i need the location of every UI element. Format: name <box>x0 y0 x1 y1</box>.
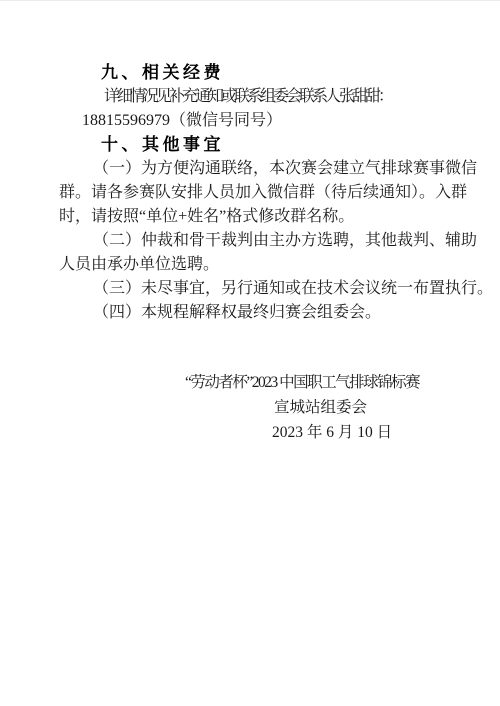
section-10-item-4-line-1: （四）本规程解释权最终归赛会组委会。 <box>59 301 473 325</box>
signature-organizer-line-1: “劳动者杯”2023 中国职工气排球锦标赛 <box>59 370 473 395</box>
signature-date: 2023 年 6 月 10 日 <box>59 420 473 445</box>
page-top-edge <box>0 0 500 1</box>
document-body: 九、相关经费 详细情况见补充通知或联系组委会联系人 张甜甜： 188155969… <box>59 61 473 325</box>
section-9-phone-line: 18815596979（微信号同号） <box>59 109 473 133</box>
section-9-heading: 九、相关经费 <box>59 61 473 85</box>
section-10-heading: 十、其他事宜 <box>59 133 473 157</box>
signature-organizer-line-2: 宣城站组委会 <box>59 395 473 420</box>
section-10-item-1-line-2: 群。请各参赛队安排人员加入微信群（待后续通知）。入群 <box>59 181 473 205</box>
section-10-item-1-line-1: （一）为方便沟通联络，本次赛会建立气排球赛事微信 <box>59 157 473 181</box>
section-10-item-2-line-1: （二）仲裁和骨干裁判由主办方选聘，其他裁判、辅助 <box>59 229 473 253</box>
section-10-item-1-line-3: 时，请按照“单位+姓名”格式修改群名称。 <box>59 205 473 229</box>
document-page: 九、相关经费 详细情况见补充通知或联系组委会联系人 张甜甜： 188155969… <box>0 0 500 706</box>
signature-block: “劳动者杯”2023 中国职工气排球锦标赛 宣城站组委会 2023 年 6 月 … <box>59 370 473 445</box>
section-10-item-3-line-1: （三）未尽事宜，另行通知或在技术会议统一布置执行。 <box>59 277 473 301</box>
section-10-item-2-line-2: 人员由承办单位选聘。 <box>59 253 473 277</box>
section-9-contact-line: 详细情况见补充通知或联系组委会联系人 张甜甜： <box>59 85 473 109</box>
